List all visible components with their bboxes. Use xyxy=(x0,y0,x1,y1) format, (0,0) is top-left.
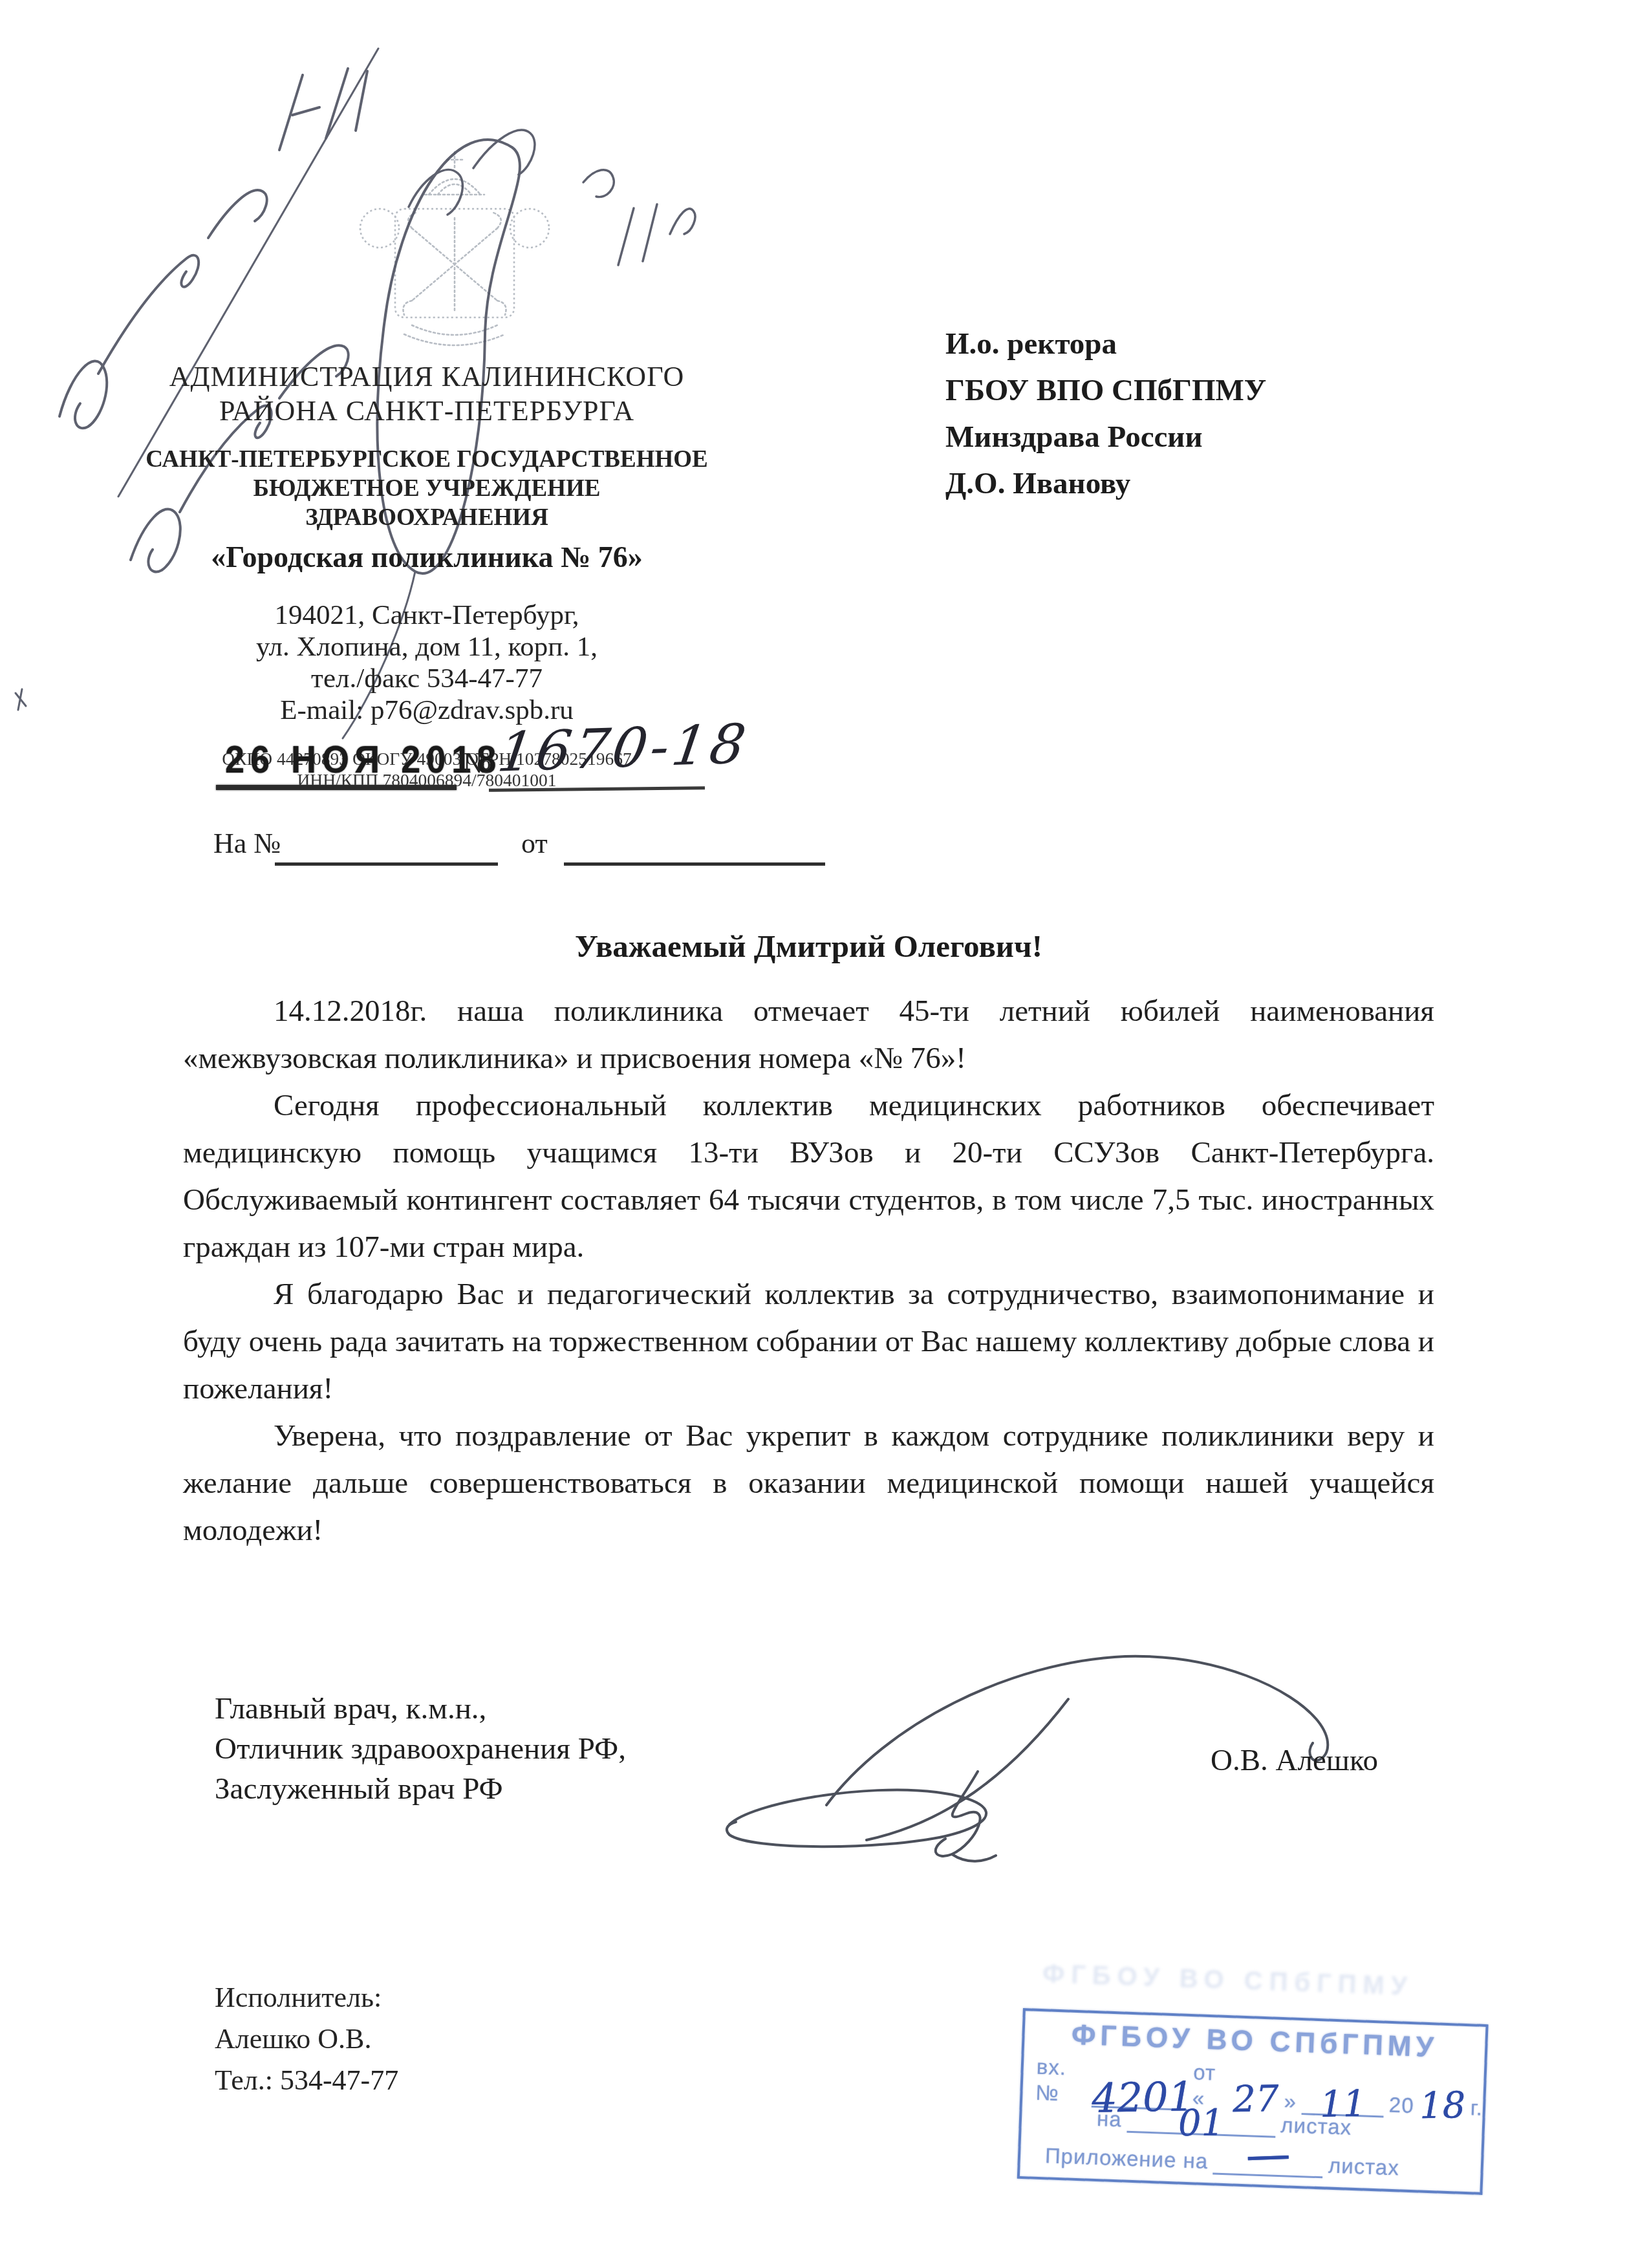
stamp-sheets-label: листах xyxy=(1280,2112,1352,2141)
salutation: Уважаемый Дмитрий Олегович! xyxy=(183,928,1434,965)
paragraph-3: Я благодарю Вас и педагогический коллект… xyxy=(183,1271,1434,1413)
signer-position-line-1: Главный врач, к.м.н., xyxy=(215,1689,626,1729)
signer-position-line-2: Отличник здравоохранения РФ, xyxy=(215,1729,626,1769)
reference-ot-label: от xyxy=(521,828,548,860)
registration-date-stamp: 26 НОЯ 2018 xyxy=(225,740,502,782)
paragraph-4: Уверена, что поздравление от Вас укрепит… xyxy=(183,1413,1434,1554)
handwritten-outgoing-number: 1670-18 xyxy=(495,714,753,781)
handwritten-sheets-count: 01 xyxy=(1178,2107,1224,2140)
stamp-sheets-blank: 01 xyxy=(1126,2102,1277,2138)
handwritten-attachment-dash: — xyxy=(1245,2143,1292,2170)
stamp-attachment-sheets-label: листах xyxy=(1328,2153,1399,2181)
scanned-letter-page: АДМИНИСТРАЦИЯ КАЛИНИНСКОГО РАЙОНА САНКТ-… xyxy=(0,0,1649,2268)
signer-position-block: Главный врач, к.м.н., Отличник здравоохр… xyxy=(215,1689,626,1809)
number-sign: № xyxy=(463,746,491,780)
executor-block: Исполнитель: Алешко О.В. Тел.: 534-47-77 xyxy=(215,1977,398,2101)
executor-label: Исполнитель: xyxy=(215,1977,398,2018)
stamp-attachment-row: Приложение на — листах xyxy=(1044,2138,1399,2181)
recipient-line-1: И.о. ректора xyxy=(945,321,1266,367)
address-line-2: ул. Хлопина, дом 11, корп. 1, xyxy=(142,631,711,663)
letterhead-admin-line-2: РАЙОНА САНКТ-ПЕТЕРБУРГА xyxy=(142,394,711,428)
stamp-on-label: на xyxy=(1096,2106,1122,2132)
signer-name: О.В. Алешко xyxy=(1211,1743,1378,1778)
handwritten-year: 18 xyxy=(1419,2090,1465,2123)
coat-of-arms-icon xyxy=(360,152,549,345)
recipient-line-3: Минздрава России xyxy=(945,414,1266,460)
recipient-line-2: ГБОУ ВПО СПбГПМУ xyxy=(945,367,1266,414)
letterhead-org-line-1: САНКТ-ПЕТЕРБУРГСКОЕ ГОСУДАРСТВЕННОЕ xyxy=(142,445,711,474)
reference-na-label: На № xyxy=(213,828,281,860)
incoming-registration-stamp: ФГБОУ ВО СПбГПМУ вх. № 4201 от « 27 » 11… xyxy=(1017,2008,1489,2195)
letterhead-org-line-2: БЮДЖЕТНОЕ УЧРЕЖДЕНИЕ ЗДРАВООХРАНЕНИЯ xyxy=(142,474,711,532)
executor-phone: Тел.: 534-47-77 xyxy=(215,2060,398,2101)
executor-name: Алешко О.В. xyxy=(215,2018,398,2060)
letter-body: 14.12.2018г. наша поликлиника отмечает 4… xyxy=(183,988,1434,1554)
paragraph-1: 14.12.2018г. наша поликлиника отмечает 4… xyxy=(183,988,1434,1082)
stamp-in-label: вх. № xyxy=(1035,2054,1088,2108)
letterhead-org-name: «Городская поликлиника № 76» xyxy=(142,540,711,575)
stamp-year-prefix: 20 xyxy=(1388,2092,1414,2119)
signer-position-line-3: Заслуженный врач РФ xyxy=(215,1769,626,1809)
stamp-attachment-blank: — xyxy=(1213,2144,1324,2178)
stamp-ghost-impression: ФГБОУ ВО СПбГПМУ xyxy=(1042,1959,1414,2002)
date-underline xyxy=(216,785,457,790)
address-line-1: 194021, Санкт-Петербург, xyxy=(142,599,711,631)
stamp-attachment-label: Приложение на xyxy=(1044,2143,1209,2174)
address-line-3: тел./факс 534-47-77 xyxy=(142,663,711,694)
recipient-line-4: Д.О. Иванову xyxy=(945,460,1266,507)
reference-number-blank xyxy=(275,862,498,866)
stamp-year-suffix: г. xyxy=(1470,2095,1483,2121)
recipient-block: И.о. ректора ГБОУ ВПО СПбГПМУ Минздрава … xyxy=(945,321,1266,507)
paragraph-2: Сегодня профессиональный коллектив медиц… xyxy=(183,1082,1434,1271)
letterhead-admin-line-1: АДМИНИСТРАЦИЯ КАЛИНИНСКОГО xyxy=(142,359,711,394)
reference-date-blank xyxy=(564,862,825,866)
letterhead-address: 194021, Санкт-Петербург, ул. Хлопина, до… xyxy=(142,599,711,726)
